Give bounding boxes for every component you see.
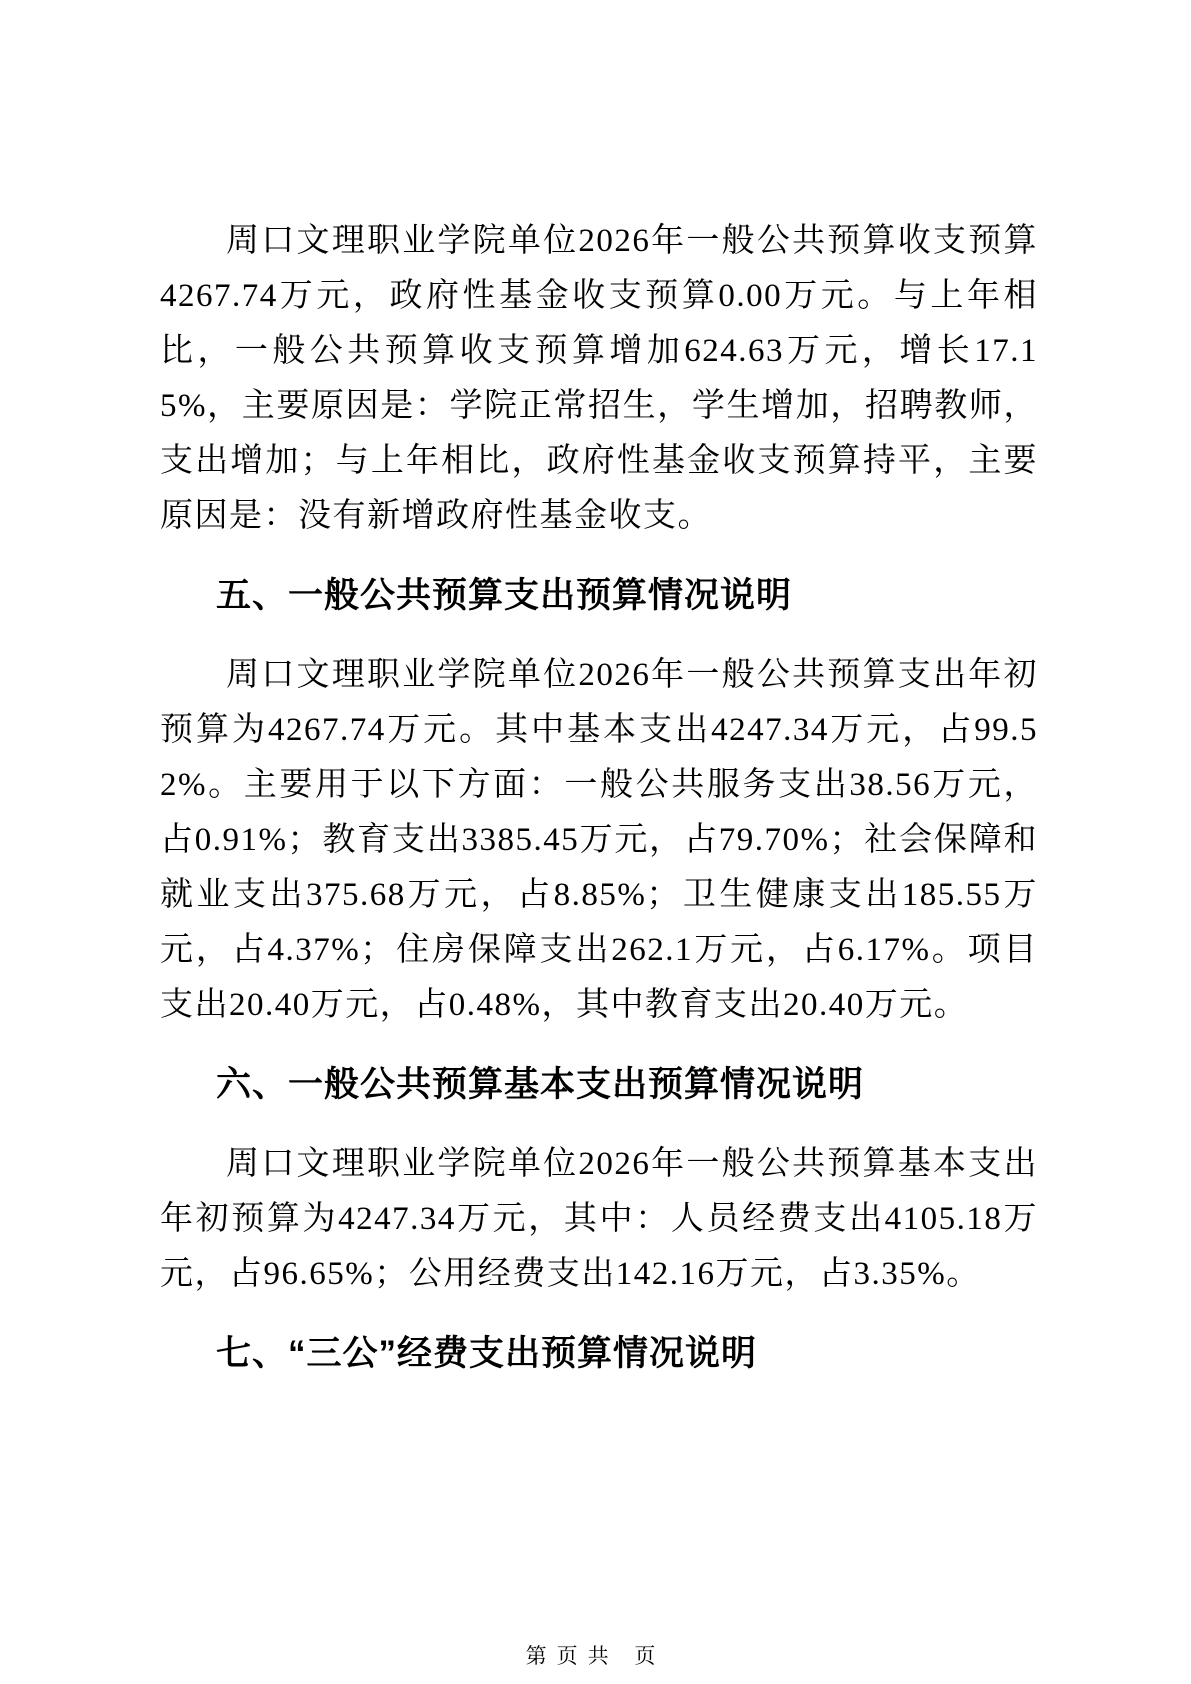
document-content: 周口文理职业学院单位2026年一般公共预算收支预算4267.74万元，政府性基金… [160,214,1038,1406]
para-basic-expenditure-detail: 周口文理职业学院单位2026年一般公共预算基本支出年初预算为4247.34万元，… [160,1137,1038,1302]
page-number-footer: 第页共 页 [0,1640,1191,1670]
para-budget-overview: 周口文理职业学院单位2026年一般公共预算收支预算4267.74万元，政府性基金… [160,214,1038,544]
para-expenditure-detail: 周口文理职业学院单位2026年一般公共预算支出年初预算为4267.74万元。其中… [160,648,1038,1033]
heading-basic-expenditure: 六、一般公共预算基本支出预算情况说明 [160,1057,1038,1112]
heading-general-budget-expenditure: 五、一般公共预算支出预算情况说明 [160,568,1038,623]
budget-document-page: 周口文理职业学院单位2026年一般公共预算收支预算4267.74万元，政府性基金… [0,0,1191,1684]
heading-three-public-funds: 七、“三公”经费支出预算情况说明 [160,1326,1038,1381]
